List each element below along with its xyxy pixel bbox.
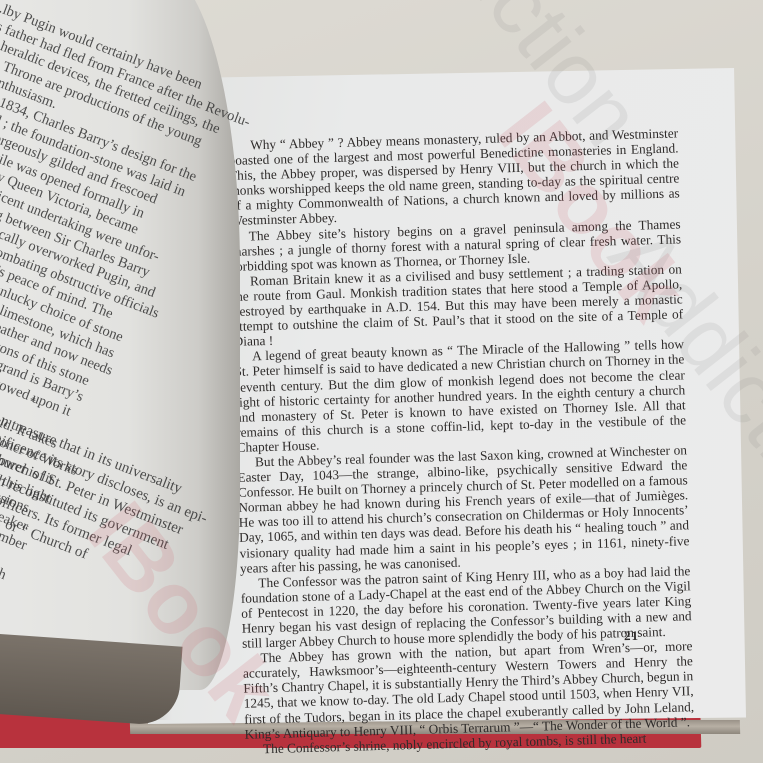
paragraph: Roman Britain knew it as a civilised and…: [232, 261, 684, 349]
page-number: 21: [624, 628, 639, 644]
right-page-text: Why “ Abbey ” ? Abbey means monastery, r…: [228, 125, 695, 756]
left-page-underside: [0, 633, 183, 726]
paragraph: A legend of great beauty known as “ The …: [234, 337, 687, 455]
paragraph: But the Abbey’s real founder was the las…: [237, 442, 690, 575]
paragraph: Why “ Abbey ” ? Abbey means monastery, r…: [228, 125, 680, 228]
section-separator: *: [30, 394, 36, 409]
paragraph: The Abbey has grown with the nation, but…: [242, 638, 694, 741]
